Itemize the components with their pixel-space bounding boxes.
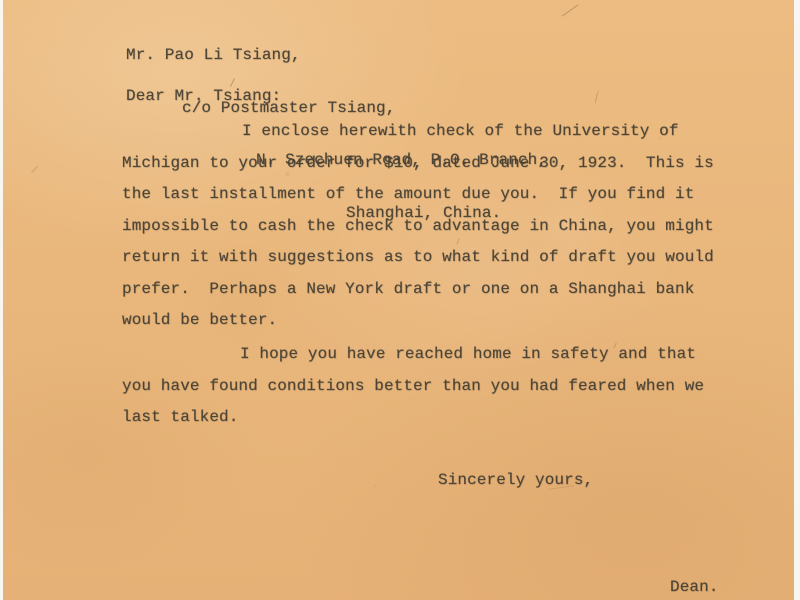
closing-line: Sincerely yours, <box>438 471 593 489</box>
scanned-letter-page: Mr. Pao Li Tsiang, c/o Postmaster Tsiang… <box>0 0 800 600</box>
recipient-name: Mr. Pao Li Tsiang, <box>126 47 547 65</box>
salutation: Dear Mr. Tsiang: <box>126 87 281 105</box>
body-paragraph-2: I hope you have reached home in safety a… <box>122 339 746 434</box>
signature-name: Dean. <box>670 578 719 596</box>
body-paragraph-1: I enclose herewith check of the Universi… <box>122 116 746 337</box>
